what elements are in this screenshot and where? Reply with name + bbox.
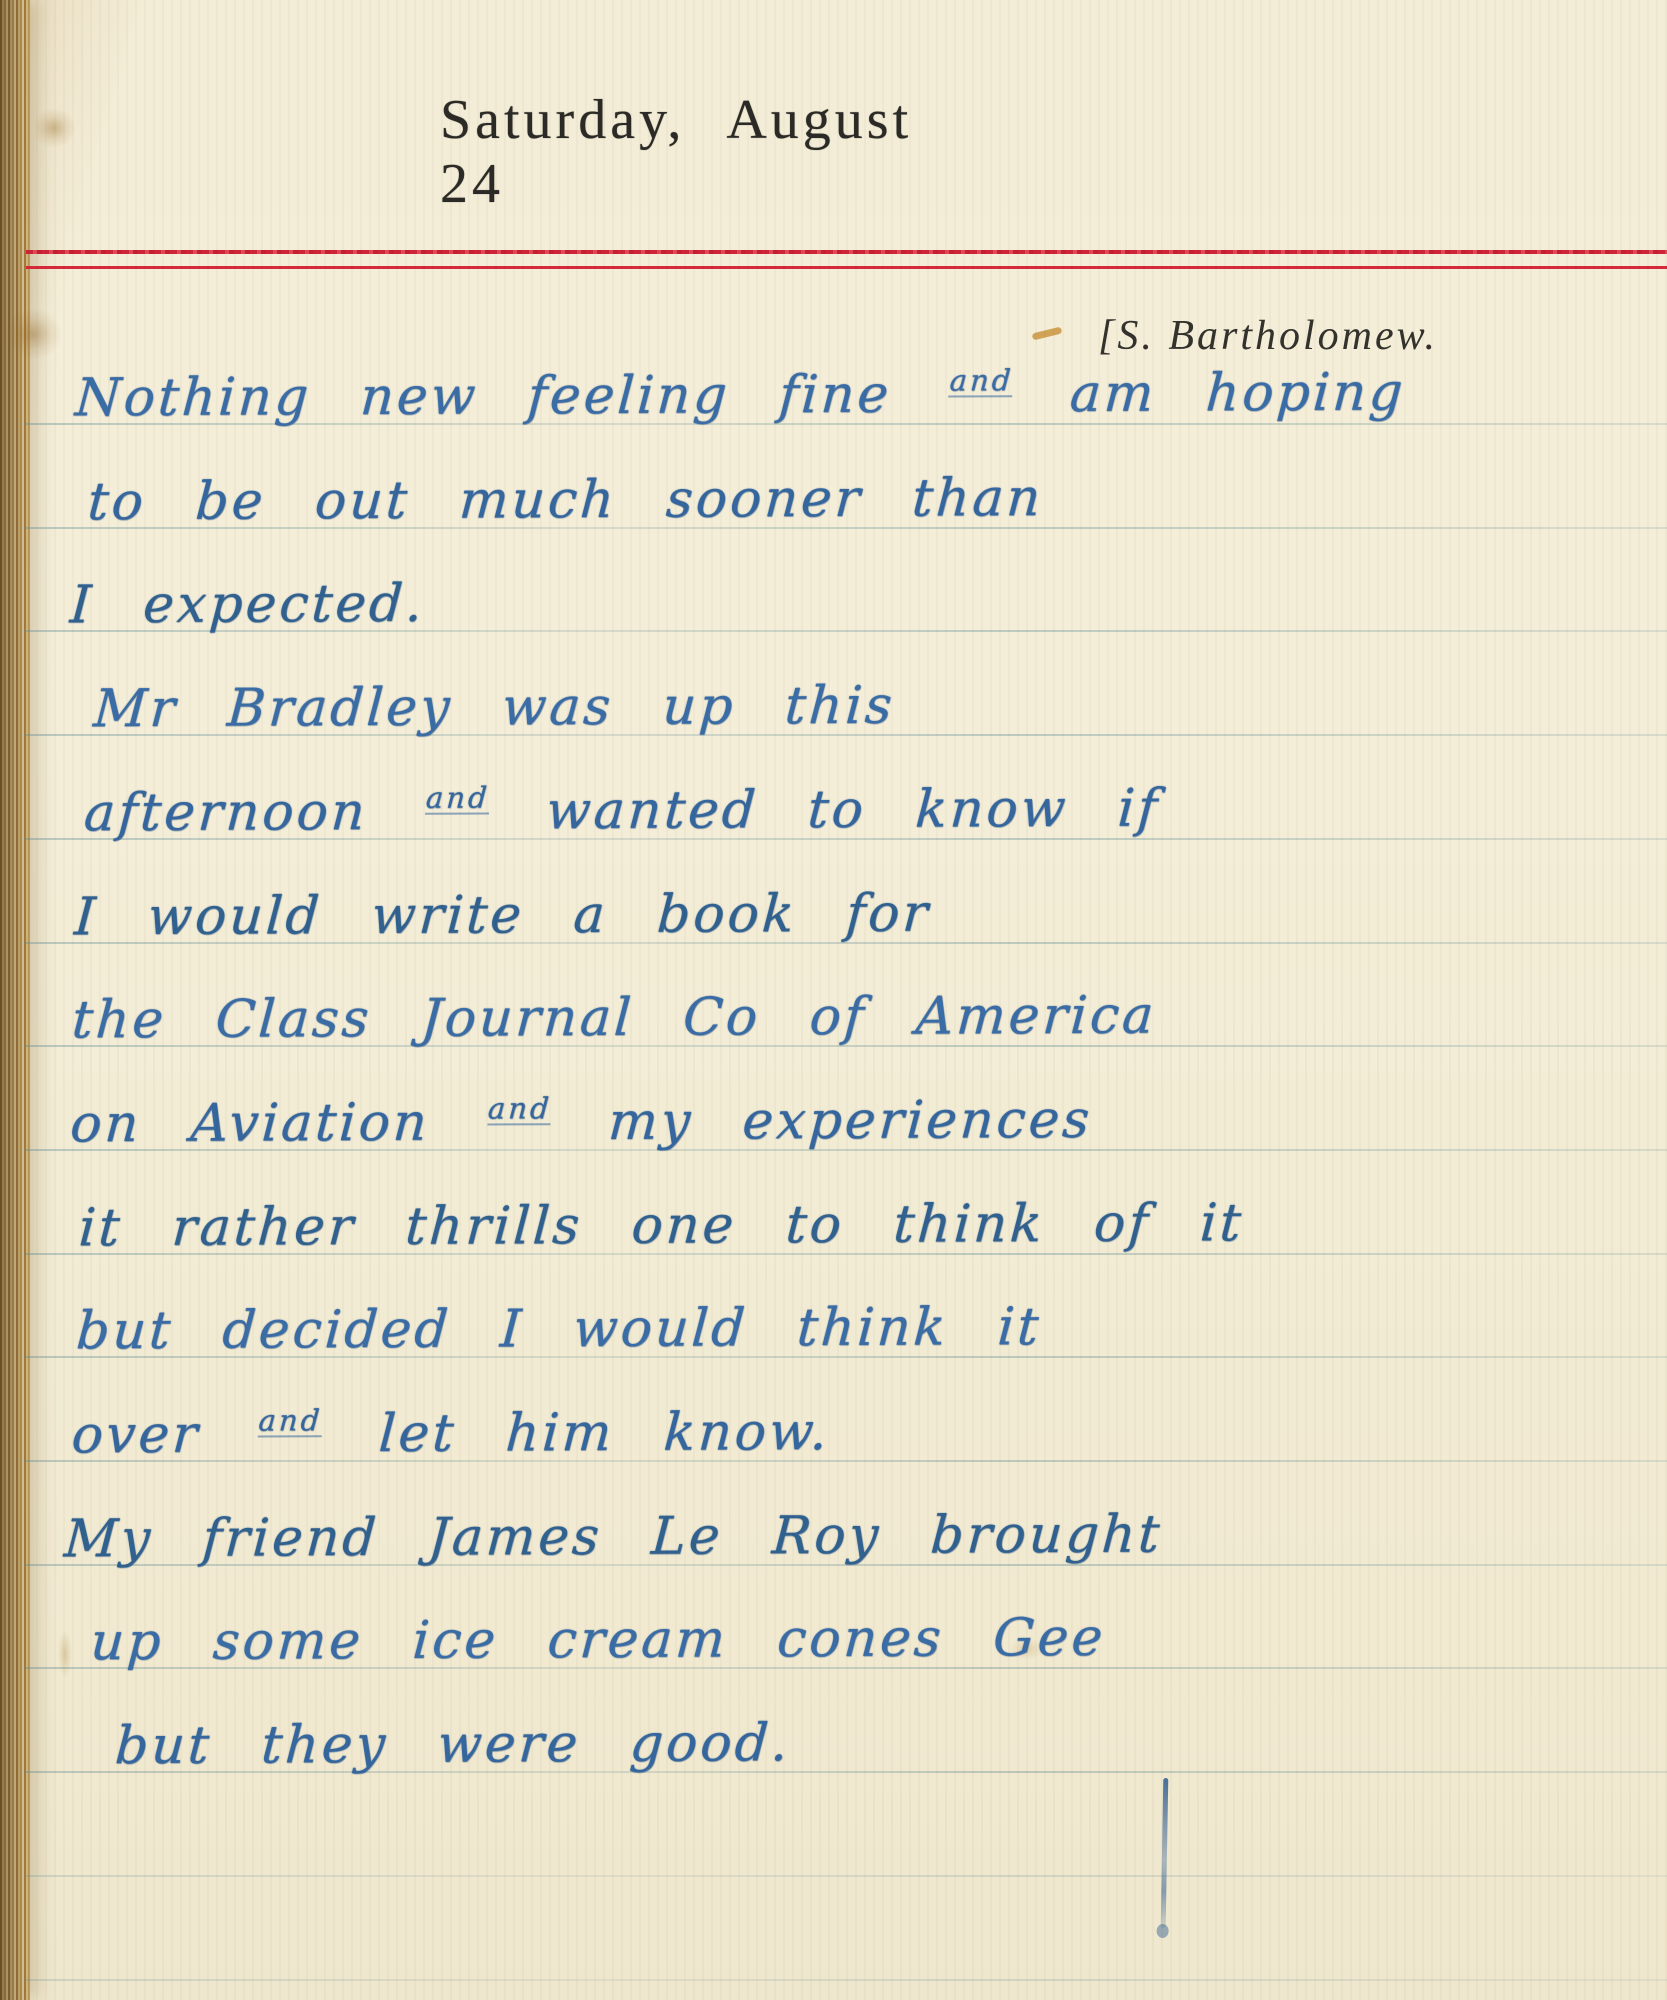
- superscript-word: and: [949, 366, 1015, 397]
- handwritten-line: I expected.: [69, 578, 427, 632]
- handwritten-line: up some ice cream cones Gee: [89, 1612, 1107, 1668]
- handwritten-line: but decided I would think it: [75, 1301, 1043, 1357]
- handwriting-text: I would write a book for: [73, 884, 933, 948]
- handwriting-text: but they were good.: [113, 1713, 792, 1776]
- handwriting-text: am hoping: [1068, 362, 1407, 423]
- handwritten-entry: Nothing new feeling fine and am hoping t…: [0, 0, 1667, 2000]
- handwritten-line: but they were good.: [114, 1717, 793, 1772]
- handwritten-line: My friend James Le Roy brought: [63, 1509, 1164, 1566]
- handwriting-text: afternoon: [82, 782, 369, 843]
- handwritten-line: it rather thrills one to think of it: [77, 1197, 1245, 1254]
- handwriting-text: Mr Bradley was up this: [92, 676, 897, 740]
- handwritten-line: I would write a book for: [73, 888, 932, 944]
- handwriting-text: the Class Journal Co of America: [70, 986, 1158, 1051]
- superscript-word: and: [258, 1406, 324, 1437]
- handwriting-text: it rather thrills one to think of it: [77, 1193, 1246, 1258]
- handwritten-line: to be out much sooner than: [86, 472, 1045, 528]
- handwriting-text: over: [70, 1405, 202, 1466]
- superscript-word: and: [425, 784, 491, 815]
- diary-page: Saturday, August 24 [S. Bartholomew. Not…: [0, 0, 1667, 2000]
- handwriting-text: on Aviation: [69, 1093, 432, 1155]
- handwritten-line: Nothing new feeling fine and am hoping: [74, 366, 1407, 424]
- superscript-word: and: [487, 1094, 553, 1125]
- handwriting-text: up some ice cream cones Gee: [89, 1608, 1107, 1672]
- handwritten-line: Mr Bradley was up this: [92, 680, 896, 736]
- handwriting-text: but decided I would think it: [74, 1297, 1043, 1361]
- handwriting-text: let him know.: [377, 1402, 832, 1464]
- handwriting-text: Nothing new feeling fine: [73, 365, 893, 429]
- handwriting-text: I expected.: [68, 574, 427, 636]
- handwritten-line: afternoon and wanted to know if: [82, 783, 1161, 840]
- handwritten-line: over and let him know.: [70, 1406, 832, 1461]
- handwriting-text: to be out much sooner than: [86, 468, 1045, 532]
- handwritten-line: the Class Journal Co of America: [70, 990, 1158, 1047]
- handwriting-text: My friend James Le Roy brought: [62, 1505, 1164, 1570]
- handwriting-text: my experiences: [606, 1090, 1094, 1152]
- handwritten-line: on Aviation and my experiences: [69, 1094, 1094, 1150]
- handwriting-text: wanted to know if: [544, 779, 1161, 842]
